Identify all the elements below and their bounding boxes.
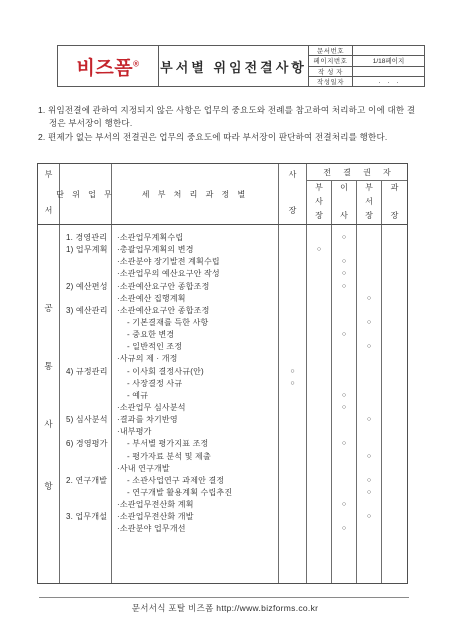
approval-mark-cell [307,438,331,450]
approval-mark-cell [279,244,306,256]
intro-notes: 1. 위임전결에 관하여 지정되지 않은 사항은 업무의 중요도와 전례를 참고… [38,104,420,145]
col-header-approver: 부사장 [307,181,332,224]
unit-cell [60,426,111,438]
approval-mark-cell [279,511,306,523]
approval-mark-cell [332,353,356,365]
approval-mark-cell [279,293,306,305]
dept-head-mark-column: ○○○○○○○○ [357,225,382,583]
approval-mark-cell: ○ [357,341,381,353]
date-label: 작성일자 [309,77,353,86]
approval-mark-cell [357,463,381,475]
detail-cell: - 평가자료 분석 및 제출 [112,451,278,463]
dept-label-char: 공 [38,302,59,314]
document-header: 비즈폼® 부서별 위임전결사항 문서번호 페이지번호 1/18페이지 작 성 자… [57,45,425,87]
detail-cell: ·소관업무의 예산요구안 작성 [112,268,278,280]
detail-cell: ·사규의 제 · 개정 [112,353,278,365]
detail-cell: ·사내 연구개발 [112,463,278,475]
approval-mark-cell [382,463,407,475]
approval-mark-cell: ○ [357,317,381,329]
unit-cell [60,402,111,414]
approval-mark-cell [279,353,306,365]
page-number-value: 1/18페이지 [353,56,424,65]
col-header-unit-task: 단 위 업 무 [60,164,112,224]
stacked-char: 장 [391,212,399,220]
detail-cell: - 중요한 변경 [112,329,278,341]
approval-mark-cell: ○ [332,523,356,535]
approval-mark-cell: ○ [332,329,356,341]
approval-mark-cell [307,414,331,426]
approval-mark-cell [382,256,407,268]
unit-cell [60,451,111,463]
doc-info-row: 작 성 자 [309,67,424,77]
approval-mark-cell: ○ [332,232,356,244]
approval-mark-cell [382,244,407,256]
unit-cell [60,390,111,402]
approval-mark-cell [279,438,306,450]
approval-mark-cell [382,232,407,244]
unit-cell: 1) 업무계획 [60,244,111,256]
director-mark-column: ○○○○○○○○○○ [332,225,357,583]
unit-cell: 6) 경영평가 [60,438,111,450]
approval-mark-cell [307,281,331,293]
unit-task-column: 1. 경영관리1) 업무계획2) 예산편성3) 예산관리4) 규정관리5) 심사… [60,225,112,583]
approval-mark-cell: ○ [357,487,381,499]
approval-mark-cell [332,305,356,317]
approval-mark-cell: ○ [357,511,381,523]
doc-info-row: 문서번호 [309,46,424,56]
approval-mark-cell [332,366,356,378]
approval-mark-cell: ○ [357,451,381,463]
approval-mark-cell [382,317,407,329]
detail-cell: ·소관분야 장기발전 계획수립 [112,256,278,268]
approval-mark-cell [279,390,306,402]
approval-mark-cell [357,390,381,402]
approval-mark-cell [279,281,306,293]
approval-mark-cell [279,341,306,353]
approval-mark-cell [307,499,331,511]
approval-mark-cell [382,426,407,438]
approval-mark-cell [279,402,306,414]
approval-mark-cell [382,402,407,414]
approval-mark-cell [307,232,331,244]
approval-mark-cell [357,353,381,365]
approval-mark-cell [382,329,407,341]
footer-credit: 문서서식 포탈 비즈폼 http://www.bizforms.co.kr [0,602,450,614]
detail-cell: - 기본결재를 득한 사항 [112,317,278,329]
stacked-char: 부 [45,171,53,179]
unit-cell [60,268,111,280]
detail-process-column: ·소관업무계획수립·총괄업무계획의 변경·소관분야 장기발전 계획수립·소관업무… [112,225,279,583]
detail-cell: - 예규 [112,390,278,402]
approval-mark-cell [357,378,381,390]
approval-mark-cell: ○ [357,293,381,305]
detail-cell: - 연구개발 활용계획 수립추진 [112,487,278,499]
dept-label-char: 사 [38,418,59,430]
dept-column: 공통사항 [38,225,60,583]
detail-cell: ·총괄업무계획의 변경 [112,244,278,256]
stacked-char: 서 [365,198,373,206]
approval-mark-cell [357,244,381,256]
approval-mark-cell [307,426,331,438]
approval-mark-cell [382,366,407,378]
approval-mark-cell [332,451,356,463]
footer-divider [39,597,409,598]
approval-mark-cell: ○ [357,414,381,426]
date-value: . . . [353,77,424,86]
detail-cell: ·소관분야 업무개선 [112,523,278,535]
approval-mark-cell: ○ [332,268,356,280]
approval-mark-cell [382,281,407,293]
unit-cell [60,378,111,390]
approval-mark-cell [307,293,331,305]
stacked-char: 장 [365,212,373,220]
unit-cell [60,341,111,353]
unit-cell [60,329,111,341]
col-header-approver: 이사 [332,181,357,224]
detail-cell: ·소관예산요구안 종합조정 [112,305,278,317]
approval-mark-cell [332,463,356,475]
approver-group: 전 결 권 자 부사장이사부서장과장 [307,164,407,224]
detail-cell: ·소관업무전산화 개발 [112,511,278,523]
approval-mark-cell [332,244,356,256]
note-line: 2. 편제가 없는 부서의 전결권은 업무의 중요도에 따라 부서장이 판단하여… [38,131,420,144]
approval-mark-cell [307,463,331,475]
detail-cell: ·내부평가 [112,426,278,438]
approval-mark-cell: ○ [332,256,356,268]
table-body: 공통사항 1. 경영관리1) 업무계획2) 예산편성3) 예산관리4) 규정관리… [38,225,407,583]
detail-cell: - 이사회 결정사규(안) [112,366,278,378]
page-number-label: 페이지번호 [309,56,353,65]
approval-mark-cell [357,366,381,378]
document-page: { "header": { "logo_text": "비즈폼", "logo_… [0,0,450,636]
section-chief-mark-column [382,225,407,583]
approval-mark-cell [279,329,306,341]
unit-cell [60,487,111,499]
unit-cell: 5) 심사분석 [60,414,111,426]
approval-mark-cell [357,402,381,414]
stacked-char: 사 [315,198,323,206]
approval-mark-cell [307,305,331,317]
logo: 비즈폼® [58,46,159,86]
unit-cell [60,293,111,305]
approval-mark-cell [382,487,407,499]
vice-president-mark-column: ○ [307,225,332,583]
approval-mark-cell [382,305,407,317]
approver-subcols: 부사장이사부서장과장 [307,181,407,224]
detail-cell: ·소관예산요구안 종합조정 [112,281,278,293]
approval-mark-cell [357,232,381,244]
approval-mark-cell [307,256,331,268]
approval-mark-cell [332,414,356,426]
approval-mark-cell [332,511,356,523]
approval-mark-cell: ○ [332,402,356,414]
approval-mark-cell [382,499,407,511]
approval-mark-cell [332,378,356,390]
detail-cell: - 부서별 평가지표 조정 [112,438,278,450]
unit-cell: 3. 업무개설 [60,511,111,523]
approval-mark-cell [332,293,356,305]
approval-mark-cell [279,451,306,463]
delegation-table: 부서 단 위 업 무 세 부 처 리 과 정 별 사장 전 결 권 자 부사장이… [37,163,408,584]
col-header-approver: 부서장 [357,181,382,224]
unit-cell [60,256,111,268]
doc-info-row: 작성일자 . . . [309,77,424,86]
approval-mark-cell [279,499,306,511]
approval-mark-cell: ○ [279,366,306,378]
approval-mark-cell [357,268,381,280]
approval-mark-cell [307,475,331,487]
doc-info-row: 페이지번호 1/18페이지 [309,56,424,66]
form-title: 부서별 위임전결사항 [159,46,309,86]
stacked-char: 사 [289,171,297,179]
approval-mark-cell [307,353,331,365]
stacked-char: 부 [365,184,373,192]
approval-mark-cell [307,378,331,390]
stacked-char: 부 [315,184,323,192]
approval-mark-cell [332,341,356,353]
approval-mark-cell [307,523,331,535]
doc-number-value [353,46,424,55]
unit-cell: 4) 규정관리 [60,366,111,378]
approval-mark-cell [279,305,306,317]
approval-mark-cell [307,341,331,353]
approval-mark-cell [382,523,407,535]
approval-mark-cell [332,475,356,487]
table-header: 부서 단 위 업 무 세 부 처 리 과 정 별 사장 전 결 권 자 부사장이… [38,164,407,225]
unit-cell: 3) 예산관리 [60,305,111,317]
approval-mark-cell [307,366,331,378]
stacked-char: 이 [340,184,348,192]
approval-mark-cell [382,475,407,487]
unit-cell: 2) 예산편성 [60,281,111,293]
approval-mark-cell [382,414,407,426]
approval-mark-cell [279,414,306,426]
approval-mark-cell [382,378,407,390]
approval-mark-cell [279,268,306,280]
approval-mark-cell: ○ [332,438,356,450]
approval-mark-cell [357,281,381,293]
approval-mark-cell [279,232,306,244]
detail-cell: ·소관업무전산화 계획 [112,499,278,511]
approval-mark-cell [279,426,306,438]
approval-mark-cell: ○ [332,390,356,402]
approval-mark-cell [279,317,306,329]
unit-cell [60,463,111,475]
detail-cell: ·소관업무 심사분석 [112,402,278,414]
approval-mark-cell [279,523,306,535]
author-value [353,67,424,76]
stacked-char: 과 [391,184,399,192]
unit-cell [60,499,111,511]
approval-mark-cell [307,511,331,523]
president-mark-column: ○○ [279,225,307,583]
approval-mark-cell [279,487,306,499]
approval-mark-cell [307,390,331,402]
approval-mark-cell: ○ [279,378,306,390]
approval-mark-cell [279,256,306,268]
approval-mark-cell [382,390,407,402]
approval-mark-cell [357,499,381,511]
approval-mark-cell [357,426,381,438]
approval-mark-cell [357,523,381,535]
unit-cell: 1. 경영관리 [60,232,111,244]
approval-mark-cell: ○ [332,499,356,511]
approval-mark-cell [357,256,381,268]
stacked-char: 장 [315,212,323,220]
approval-mark-cell [332,317,356,329]
dept-label-char: 통 [38,360,59,372]
logo-text: 비즈폼® [77,53,140,80]
approval-mark-cell [382,341,407,353]
doc-number-label: 문서번호 [309,46,353,55]
col-header-president: 사장 [279,164,307,224]
approval-mark-cell [382,268,407,280]
note-line: 1. 위임전결에 관하여 지정되지 않은 사항은 업무의 중요도와 전례를 참고… [38,104,420,130]
approval-mark-cell [279,463,306,475]
detail-cell: ·결과를 차기반영 [112,414,278,426]
unit-cell [60,523,111,535]
stacked-char: 장 [289,207,297,215]
approval-mark-cell [382,511,407,523]
registered-mark-icon: ® [133,59,139,68]
approval-mark-cell: ○ [357,475,381,487]
approval-mark-cell [332,426,356,438]
detail-cell: ·소관예산 집행계획 [112,293,278,305]
approval-mark-cell [307,487,331,499]
approval-mark-cell [307,317,331,329]
approval-mark-cell: ○ [307,244,331,256]
approval-mark-cell [382,438,407,450]
stacked-char: 사 [340,212,348,220]
col-header-detail-process: 세 부 처 리 과 정 별 [112,164,279,224]
approval-mark-cell: ○ [332,281,356,293]
approval-mark-cell [332,487,356,499]
unit-cell: 2. 연구개발 [60,475,111,487]
unit-cell [60,353,111,365]
detail-cell: ·소관업무계획수립 [112,232,278,244]
approval-mark-cell [279,475,306,487]
approval-mark-cell [307,268,331,280]
dept-label-char: 항 [38,480,59,492]
col-header-approver-group: 전 결 권 자 [307,164,407,181]
approval-mark-cell [307,329,331,341]
approval-mark-cell [382,293,407,305]
approval-mark-cell [357,329,381,341]
author-label: 작 성 자 [309,67,353,76]
detail-cell: - 소관사업연구 과제안 결정 [112,475,278,487]
unit-cell [60,317,111,329]
approval-mark-cell [307,402,331,414]
approval-mark-cell [307,451,331,463]
approval-mark-cell [382,353,407,365]
col-header-approver: 과장 [382,181,407,224]
stacked-char: 서 [45,207,53,215]
approval-mark-cell [357,438,381,450]
detail-cell: - 사장결정 사규 [112,378,278,390]
doc-info-table: 문서번호 페이지번호 1/18페이지 작 성 자 작성일자 . . . [309,46,424,86]
detail-cell: - 일반적인 조정 [112,341,278,353]
approval-mark-cell [357,305,381,317]
approval-mark-cell [382,451,407,463]
